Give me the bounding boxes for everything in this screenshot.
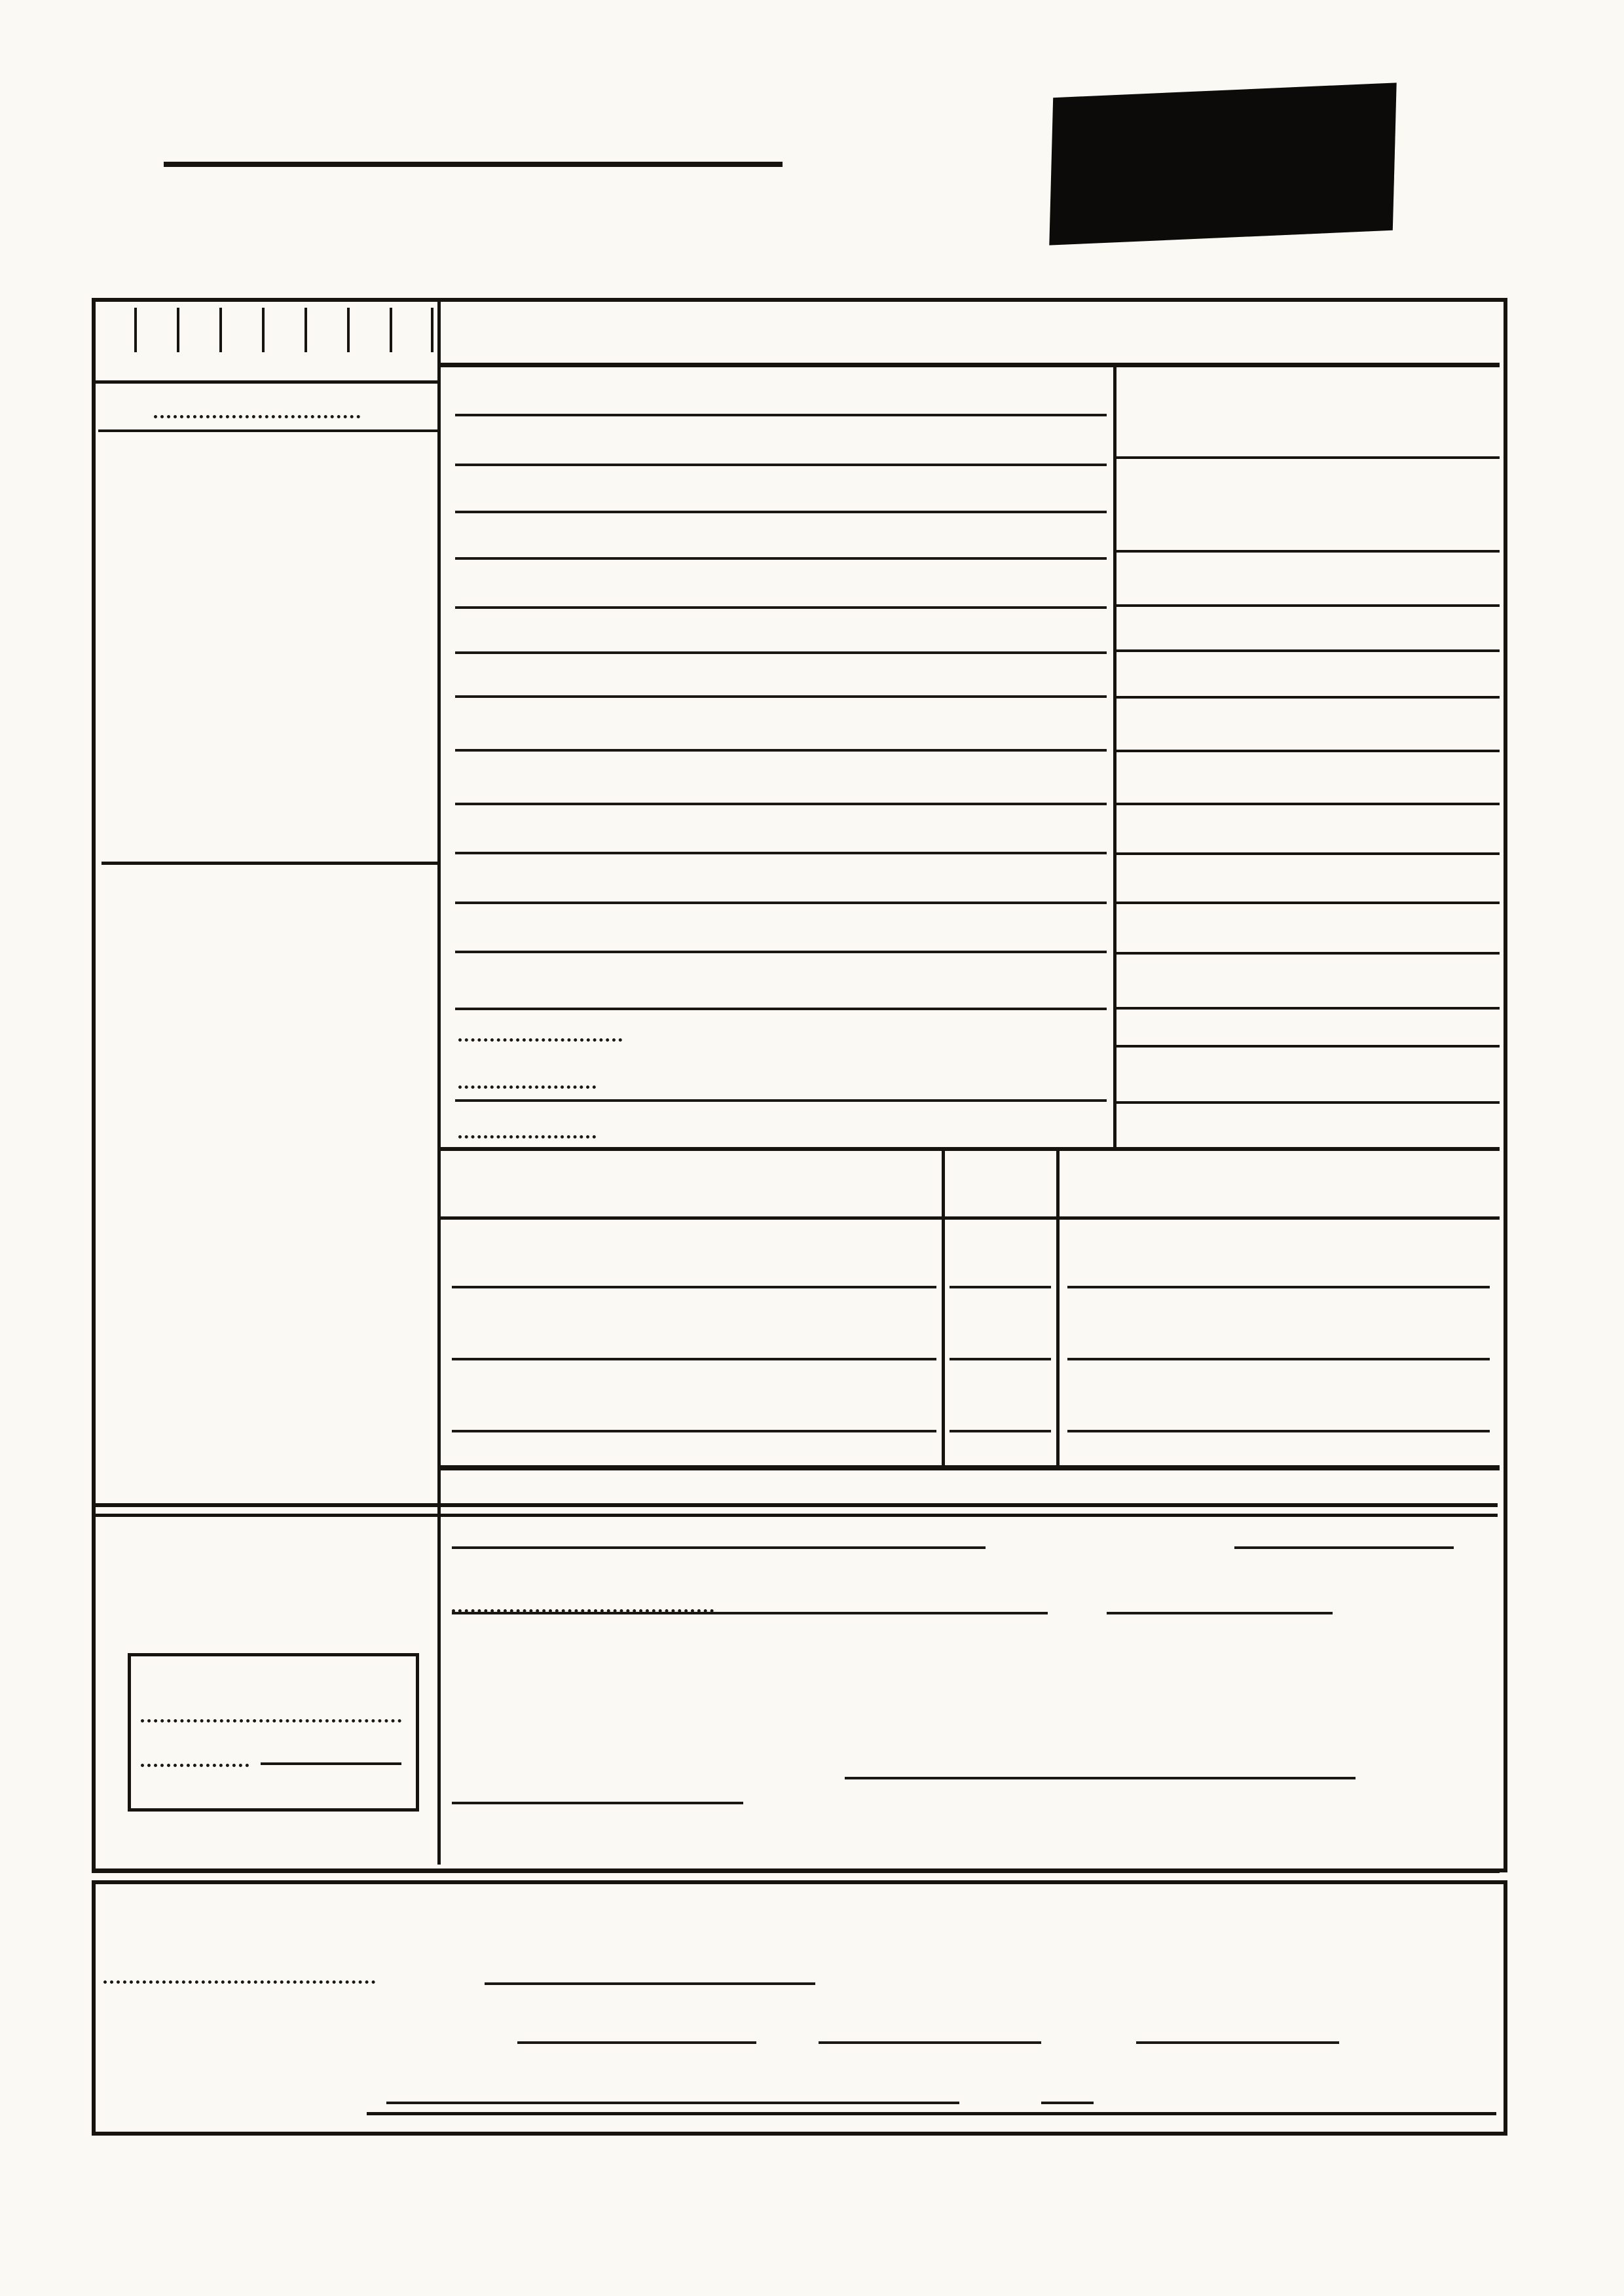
yad-vashem-logo — [1049, 82, 1396, 245]
field12-separator — [1116, 1045, 1500, 1048]
field6-separator — [1116, 750, 1500, 752]
declarant-name-line — [1234, 1524, 1454, 1549]
labels-divider — [1113, 367, 1116, 1150]
header-rule — [164, 162, 783, 167]
approval-rule — [98, 429, 437, 432]
writein-line-4 — [455, 535, 1107, 560]
child-row3-place-line — [452, 1408, 936, 1432]
children-count-dotted — [458, 1019, 622, 1042]
citizenship-dotted-2 — [141, 1741, 249, 1767]
child-row1-name-line — [1067, 1264, 1490, 1288]
sidebar-divider — [437, 298, 441, 1865]
his-age-dotted — [458, 1116, 596, 1139]
field1-separator — [1116, 456, 1500, 459]
child-row3-age-line — [950, 1408, 1051, 1432]
approval-dotted-line — [154, 393, 360, 418]
etc-blank-line — [517, 2022, 756, 2044]
tick-6 — [347, 308, 350, 352]
relation-line — [1107, 1590, 1333, 1614]
tick-7 — [390, 308, 392, 352]
child-row1-age-line — [950, 1264, 1051, 1288]
children-col-divider-1 — [942, 1147, 945, 1467]
double-rule-top — [95, 1503, 1498, 1507]
writein-line-11 — [455, 879, 1107, 904]
writein-line-9 — [455, 780, 1107, 805]
place-date-line — [845, 1755, 1356, 1779]
citizenship-dotted-1 — [141, 1697, 401, 1722]
child-row2-name-line — [1067, 1336, 1490, 1360]
field2-separator — [1116, 550, 1500, 553]
tick-8 — [431, 308, 434, 352]
children-note — [458, 1474, 1493, 1498]
tick-3 — [219, 308, 222, 352]
child-row2-place-line — [452, 1336, 936, 1360]
bottom-box-outer-rule — [92, 1870, 1500, 1873]
testimony-page-scan — [0, 0, 1624, 2296]
tick-2 — [177, 308, 179, 352]
ghetto-blank-line — [103, 1961, 375, 1984]
underground-blank-line — [1136, 2022, 1339, 2044]
field9-separator — [1116, 902, 1500, 904]
logo-ink-smudge — [1190, 82, 1397, 239]
bottom-inner-rule — [367, 2112, 1496, 2115]
citizenship-solid-line — [261, 1762, 401, 1765]
writein-line-12 — [455, 928, 1107, 953]
tick-5 — [304, 308, 307, 352]
writein-line-1 — [455, 392, 1107, 416]
deceased-name-dotted — [452, 1587, 714, 1613]
writein-line-3 — [455, 488, 1107, 513]
writein-line-6 — [455, 629, 1107, 654]
field4-separator — [1116, 649, 1500, 652]
field11-separator — [1116, 1007, 1500, 1010]
child-row3-name-line — [1067, 1408, 1490, 1432]
witness-addr-blank — [386, 2082, 959, 2104]
bottom-title — [262, 1899, 1375, 1927]
double-rule-bottom — [95, 1514, 1498, 1517]
witness-sig-blank — [1041, 2082, 1094, 2104]
note-top-rule — [441, 1465, 1500, 1470]
child-row1-place-line — [452, 1264, 936, 1288]
writein-line-8 — [455, 727, 1107, 752]
child-row2-age-line — [950, 1336, 1051, 1360]
forests-blank-line — [819, 2022, 1041, 2044]
field13-separator — [1116, 1101, 1500, 1104]
writein-line-2 — [455, 441, 1107, 466]
children-col-divider-2 — [1056, 1147, 1060, 1467]
camps-blank-line — [485, 1963, 815, 1985]
children-table-top-rule — [441, 1147, 1500, 1151]
writein-line-7 — [455, 673, 1107, 698]
field5-separator — [1116, 696, 1500, 699]
address-line — [452, 1524, 986, 1549]
writein-line-5 — [455, 584, 1107, 609]
law-top-rule — [101, 862, 437, 865]
citizenship-box — [128, 1653, 419, 1812]
tick-1 — [134, 308, 137, 352]
field3-separator — [1116, 604, 1500, 607]
tick-4 — [262, 308, 265, 352]
signature-line — [452, 1779, 743, 1804]
field7-separator — [1116, 803, 1500, 805]
prompt-rule — [441, 363, 1500, 367]
writein-line-10 — [455, 829, 1107, 854]
field8-separator — [1116, 852, 1500, 855]
field10-separator — [1116, 952, 1500, 955]
writein-line-13 — [455, 985, 1107, 1010]
tick-strip-rule — [95, 380, 438, 384]
her-age-line — [455, 1077, 1107, 1102]
children-header-rule — [441, 1216, 1500, 1220]
